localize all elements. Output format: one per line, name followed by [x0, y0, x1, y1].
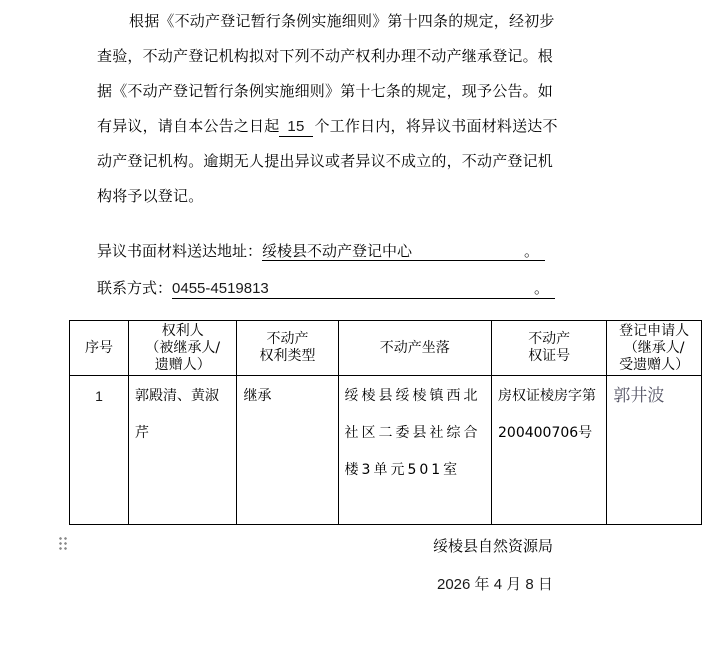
notice-line-3: 据《不动产登记暂行条例实施细则》第十七条的规定，现予公告。如: [97, 74, 602, 109]
cell-applicant: 郭井波: [607, 376, 702, 525]
cell-certificate: 房权证棱房字第200400706号: [492, 376, 607, 525]
notice-line-1: 根据《不动产登记暂行条例实施细则》第十四条的规定，经初步: [97, 4, 602, 39]
header-right-type: 不动产权利类型: [237, 321, 338, 376]
cell-index: 1: [70, 376, 129, 525]
registration-table: 序号 权利人（被继承人/遗赠人） 不动产权利类型 不动产坐落 不动产权证号 登记…: [69, 320, 702, 525]
contact-field[interactable]: 0455-4519813。: [172, 279, 555, 299]
contact-value: 0455-4519813: [172, 280, 269, 297]
drag-handle-icon[interactable]: [58, 536, 68, 550]
cell-right-type: 继承: [237, 376, 338, 525]
header-location: 不动产坐落: [338, 321, 491, 376]
contact-line: 联系方式：0455-4519813。: [97, 277, 555, 299]
contact-end: 。: [534, 279, 549, 297]
contact-label: 联系方式：: [97, 279, 172, 297]
address-line: 异议书面材料送达地址：绥棱县不动产登记中心。: [97, 240, 545, 261]
header-index: 序号: [70, 321, 129, 376]
header-certificate: 不动产权证号: [492, 321, 607, 376]
table-row: 1 郭殿清、黄淑芹 继承 绥棱县绥棱镇西北社区二委县社综合楼3单元501室 房权…: [70, 376, 702, 525]
header-applicant: 登记申请人（继承人/受遗赠人）: [607, 321, 702, 376]
objection-suffix: 个工作日内，将异议书面材料送达不: [315, 117, 558, 135]
notice-line-5: 动产登记机构。逾期无人提出异议或者异议不成立的，不动产登记机: [97, 144, 602, 179]
notice-line-6: 构将予以登记。: [97, 179, 602, 214]
table-header-row: 序号 权利人（被继承人/遗赠人） 不动产权利类型 不动产坐落 不动产权证号 登记…: [70, 321, 702, 376]
notice-line-2: 查验，不动产登记机构拟对下列不动产权利办理不动产继承登记。根: [97, 39, 602, 74]
address-field[interactable]: 绥棱县不动产登记中心。: [262, 242, 545, 261]
address-value: 绥棱县不动产登记中心: [262, 242, 412, 260]
objection-prefix: 有异议，请自本公告之日起: [97, 117, 279, 135]
signature-org: 绥棱县自然资源局: [433, 535, 553, 556]
cell-right-holder: 郭殿清、黄淑芹: [128, 376, 236, 525]
objection-days[interactable]: 15: [279, 118, 312, 137]
header-right-holder: 权利人（被继承人/遗赠人）: [128, 321, 236, 376]
address-label: 异议书面材料送达地址：: [97, 242, 262, 260]
notice-body: 根据《不动产登记暂行条例实施细则》第十四条的规定，经初步 查验，不动产登记机构拟…: [97, 4, 602, 214]
address-end: 。: [524, 242, 539, 260]
signature-date: 2026 年 4 月 8 日: [437, 573, 553, 594]
cell-location: 绥棱县绥棱镇西北社区二委县社综合楼3单元501室: [338, 376, 491, 525]
notice-line-4: 有异议，请自本公告之日起15个工作日内，将异议书面材料送达不: [97, 109, 602, 144]
